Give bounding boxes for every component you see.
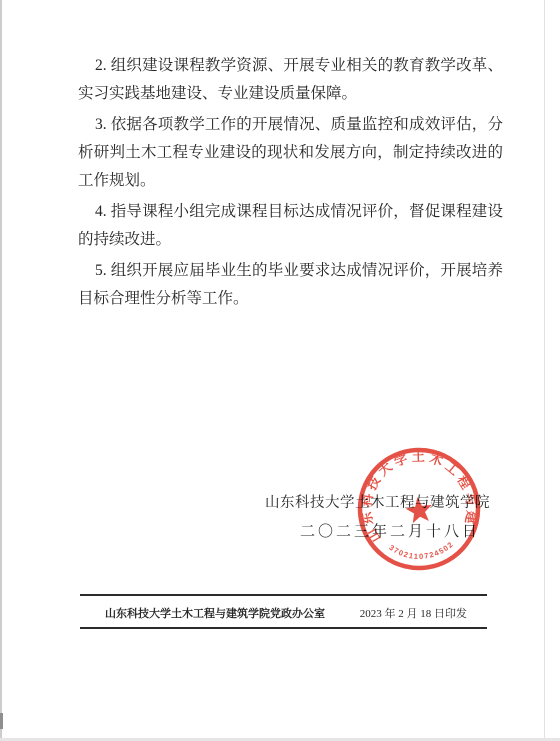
seal-star-icon (404, 495, 434, 524)
paragraph-item-2: 2. 组织建设课程教学资源、开展专业相关的教育教学改革、实习实践基地建设、专业建… (78, 52, 503, 108)
paragraph-item-4: 4. 指导课程小组完成课程目标达成情况评价，督促课程建设的持续改进。 (78, 198, 503, 254)
paragraph-item-5: 5. 组织开展应届毕业生的毕业要求达成情况评价，开展培养目标合理性分析等工作。 (78, 257, 503, 313)
scan-edge-right (544, 0, 545, 741)
official-seal: 山东科技大学土木工程与建筑学院 3702110724502 (344, 434, 493, 583)
footer-rule-top (80, 594, 487, 596)
scan-edge-notch (0, 713, 3, 729)
paragraph-item-3: 3. 依据各项教学工作的开展情况、质量监控和成效评估，分析研判土木工程专业建设的… (78, 111, 503, 195)
footer: 山东科技大学土木工程与建筑学院党政办公室 2023 年 2 月 18 日印发 (80, 606, 487, 622)
document-page: 2. 组织建设课程教学资源、开展专业相关的教育教学改革、实习实践基地建设、专业建… (0, 0, 560, 741)
document-body: 2. 组织建设课程教学资源、开展专业相关的教育教学改革、实习实践基地建设、专业建… (78, 52, 503, 316)
scan-edge-left (0, 0, 2, 741)
footer-print-date: 2023 年 2 月 18 日印发 (360, 606, 487, 622)
footer-issuer: 山东科技大学土木工程与建筑学院党政办公室 (80, 606, 325, 622)
footer-rule-bottom (80, 627, 487, 629)
